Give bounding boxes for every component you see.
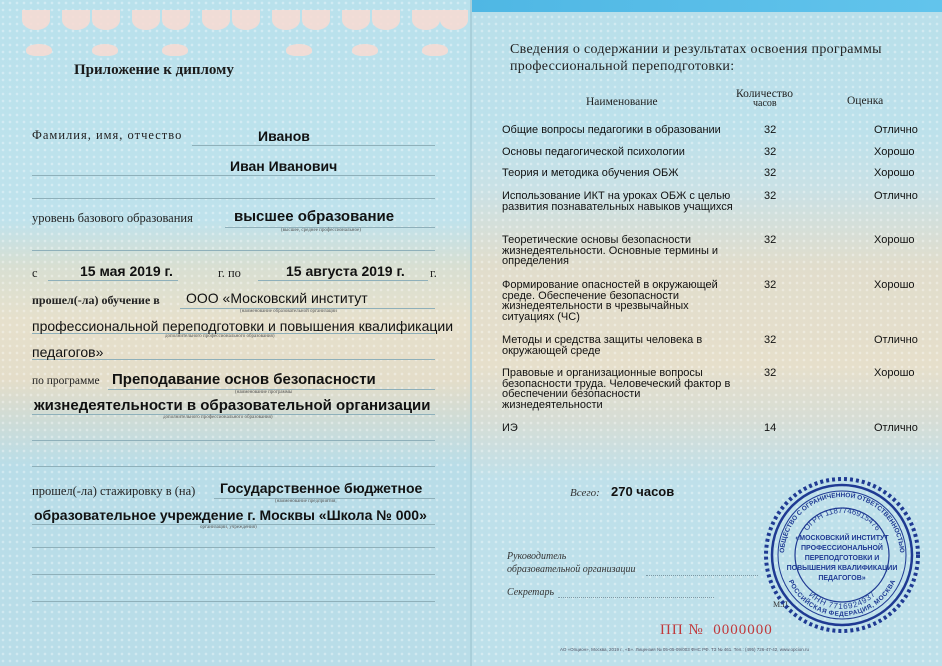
stamp-center-line2: ПРОФЕССИОНАЛЬНОЙ xyxy=(801,543,883,552)
surname-value: Иванов xyxy=(258,128,310,144)
course-grade: Хорошо xyxy=(874,147,934,158)
stamp-ogrn: ОГРН 1187746915476 xyxy=(802,506,883,533)
svg-text:ОГРН 1187746915476: ОГРН 1187746915476 xyxy=(802,506,883,533)
column-header-grade: Оценка xyxy=(847,95,883,107)
study-label: прошел(-ла) обучение в xyxy=(32,293,160,308)
program-label: по программе xyxy=(32,375,100,387)
appendix-title: Приложение к диплому xyxy=(74,62,234,79)
internship-line2: образовательное учреждение г. Москвы «Шк… xyxy=(34,507,427,523)
organization-line2: профессиональной переподготовки и повыше… xyxy=(32,318,453,334)
course-name: Использование ИКТ на уроках ОБЖ с целью … xyxy=(502,191,742,212)
organization-stamp: ОБЩЕСТВО С ОГРАНИЧЕННОЙ ОТВЕТСТВЕННОСТЬЮ… xyxy=(762,476,922,634)
stamp-center-line4: ПОВЫШЕНИЯ КВАЛИФИКАЦИИ xyxy=(787,565,898,572)
printer-imprint: АО «Опцион», Москва, 2019 г., «Б». Лицен… xyxy=(560,647,809,652)
course-grade: Отлично xyxy=(874,335,934,346)
period-to-label: г. по xyxy=(218,266,241,281)
course-name: Теоретические основы безопасности жизнед… xyxy=(502,235,742,267)
course-hours: 32 xyxy=(764,335,784,346)
base-education-label: уровень базового образования xyxy=(32,211,193,226)
secretary-label: Секретарь xyxy=(507,587,554,598)
decorative-ornament xyxy=(0,0,470,56)
column-header-hours-line2: часов xyxy=(753,98,777,109)
head-label-line1: Руководитель xyxy=(507,551,566,562)
secretary-signature-line xyxy=(558,597,714,598)
organization-hint2: дополнительного профессионального образо… xyxy=(165,334,275,339)
head-label-line2: образовательной организации xyxy=(507,564,636,575)
diploma-left-page: Приложение к диплому Фамилия, имя, отчес… xyxy=(0,0,470,666)
course-hours: 32 xyxy=(764,147,784,158)
course-grade: Отлично xyxy=(874,423,934,434)
course-hours: 32 xyxy=(764,168,784,179)
fio-label: Фамилия, имя, отчество xyxy=(32,128,182,143)
course-name: Формирование опасностей в окружающей сре… xyxy=(502,280,742,322)
program-hint2: дополнительного профессионального образо… xyxy=(163,415,273,420)
internship-label: прошел(-ла) стажировку в (на) xyxy=(32,484,195,499)
course-name: Основы педагогической психологии xyxy=(502,147,742,158)
organization-hint1: (наименование образовательной организаци… xyxy=(240,309,337,314)
course-grade: Отлично xyxy=(874,191,934,202)
course-name: ИЭ xyxy=(502,423,742,434)
stamp-center-line5: ПЕДАГОГОВ» xyxy=(818,575,865,582)
program-line1: Преподавание основ безопасности xyxy=(112,371,376,388)
decorative-top-band xyxy=(472,0,942,12)
course-grade: Хорошо xyxy=(874,280,934,291)
program-line2: жизнедеятельности в образовательной орга… xyxy=(34,397,431,414)
course-name: Правовые и организационные вопросы безоп… xyxy=(502,368,742,410)
course-hours: 32 xyxy=(764,191,784,202)
course-hours: 32 xyxy=(764,368,784,379)
content-heading: Сведения о содержании и результатах осво… xyxy=(510,41,920,75)
course-grade: Хорошо xyxy=(874,235,934,246)
internship-line1: Государственное бюджетное xyxy=(220,480,422,496)
course-name: Методы и средства защиты человека в окру… xyxy=(502,335,742,356)
base-education-value: высшее образование xyxy=(234,208,394,225)
head-signature-line xyxy=(646,575,758,576)
course-grade: Хорошо xyxy=(874,168,934,179)
organization-line1: ООО «Московский институт xyxy=(186,290,368,306)
serial-label: ПП № xyxy=(660,622,704,638)
course-name: Теория и методика обучения ОБЖ xyxy=(502,168,742,179)
course-hours: 14 xyxy=(764,423,784,434)
total-value: 270 часов xyxy=(611,484,674,499)
internship-hint2: организации, учреждения) xyxy=(200,525,257,530)
stamp-center-line3: ПЕРЕПОДГОТОВКИ И xyxy=(805,555,880,562)
stamp-center-line1: «МОСКОВСКИЙ ИНСТИТУТ xyxy=(795,533,889,542)
period-year-suffix: г. xyxy=(430,266,437,281)
column-header-name: Наименование xyxy=(586,96,658,108)
given-names-value: Иван Иванович xyxy=(230,158,337,174)
course-grade: Отлично xyxy=(874,125,934,136)
program-hint1: (наименование программы xyxy=(235,390,292,395)
base-education-hint: (высшее, среднее профессиональное) xyxy=(281,228,361,233)
course-hours: 32 xyxy=(764,235,784,246)
course-hours: 32 xyxy=(764,125,784,136)
total-label: Всего: xyxy=(570,487,600,499)
period-to-value: 15 августа 2019 г. xyxy=(286,263,405,279)
organization-line3: педагогов» xyxy=(32,344,103,360)
course-name: Общие вопросы педагогики в образовании xyxy=(502,125,742,136)
period-from-value: 15 мая 2019 г. xyxy=(80,263,173,279)
course-hours: 32 xyxy=(764,280,784,291)
internship-hint1: (наименование предприятия, xyxy=(275,499,337,504)
serial-number: ПП № 0000000 xyxy=(660,622,773,639)
course-grade: Хорошо xyxy=(874,368,934,379)
period-from-label: с xyxy=(32,266,38,281)
